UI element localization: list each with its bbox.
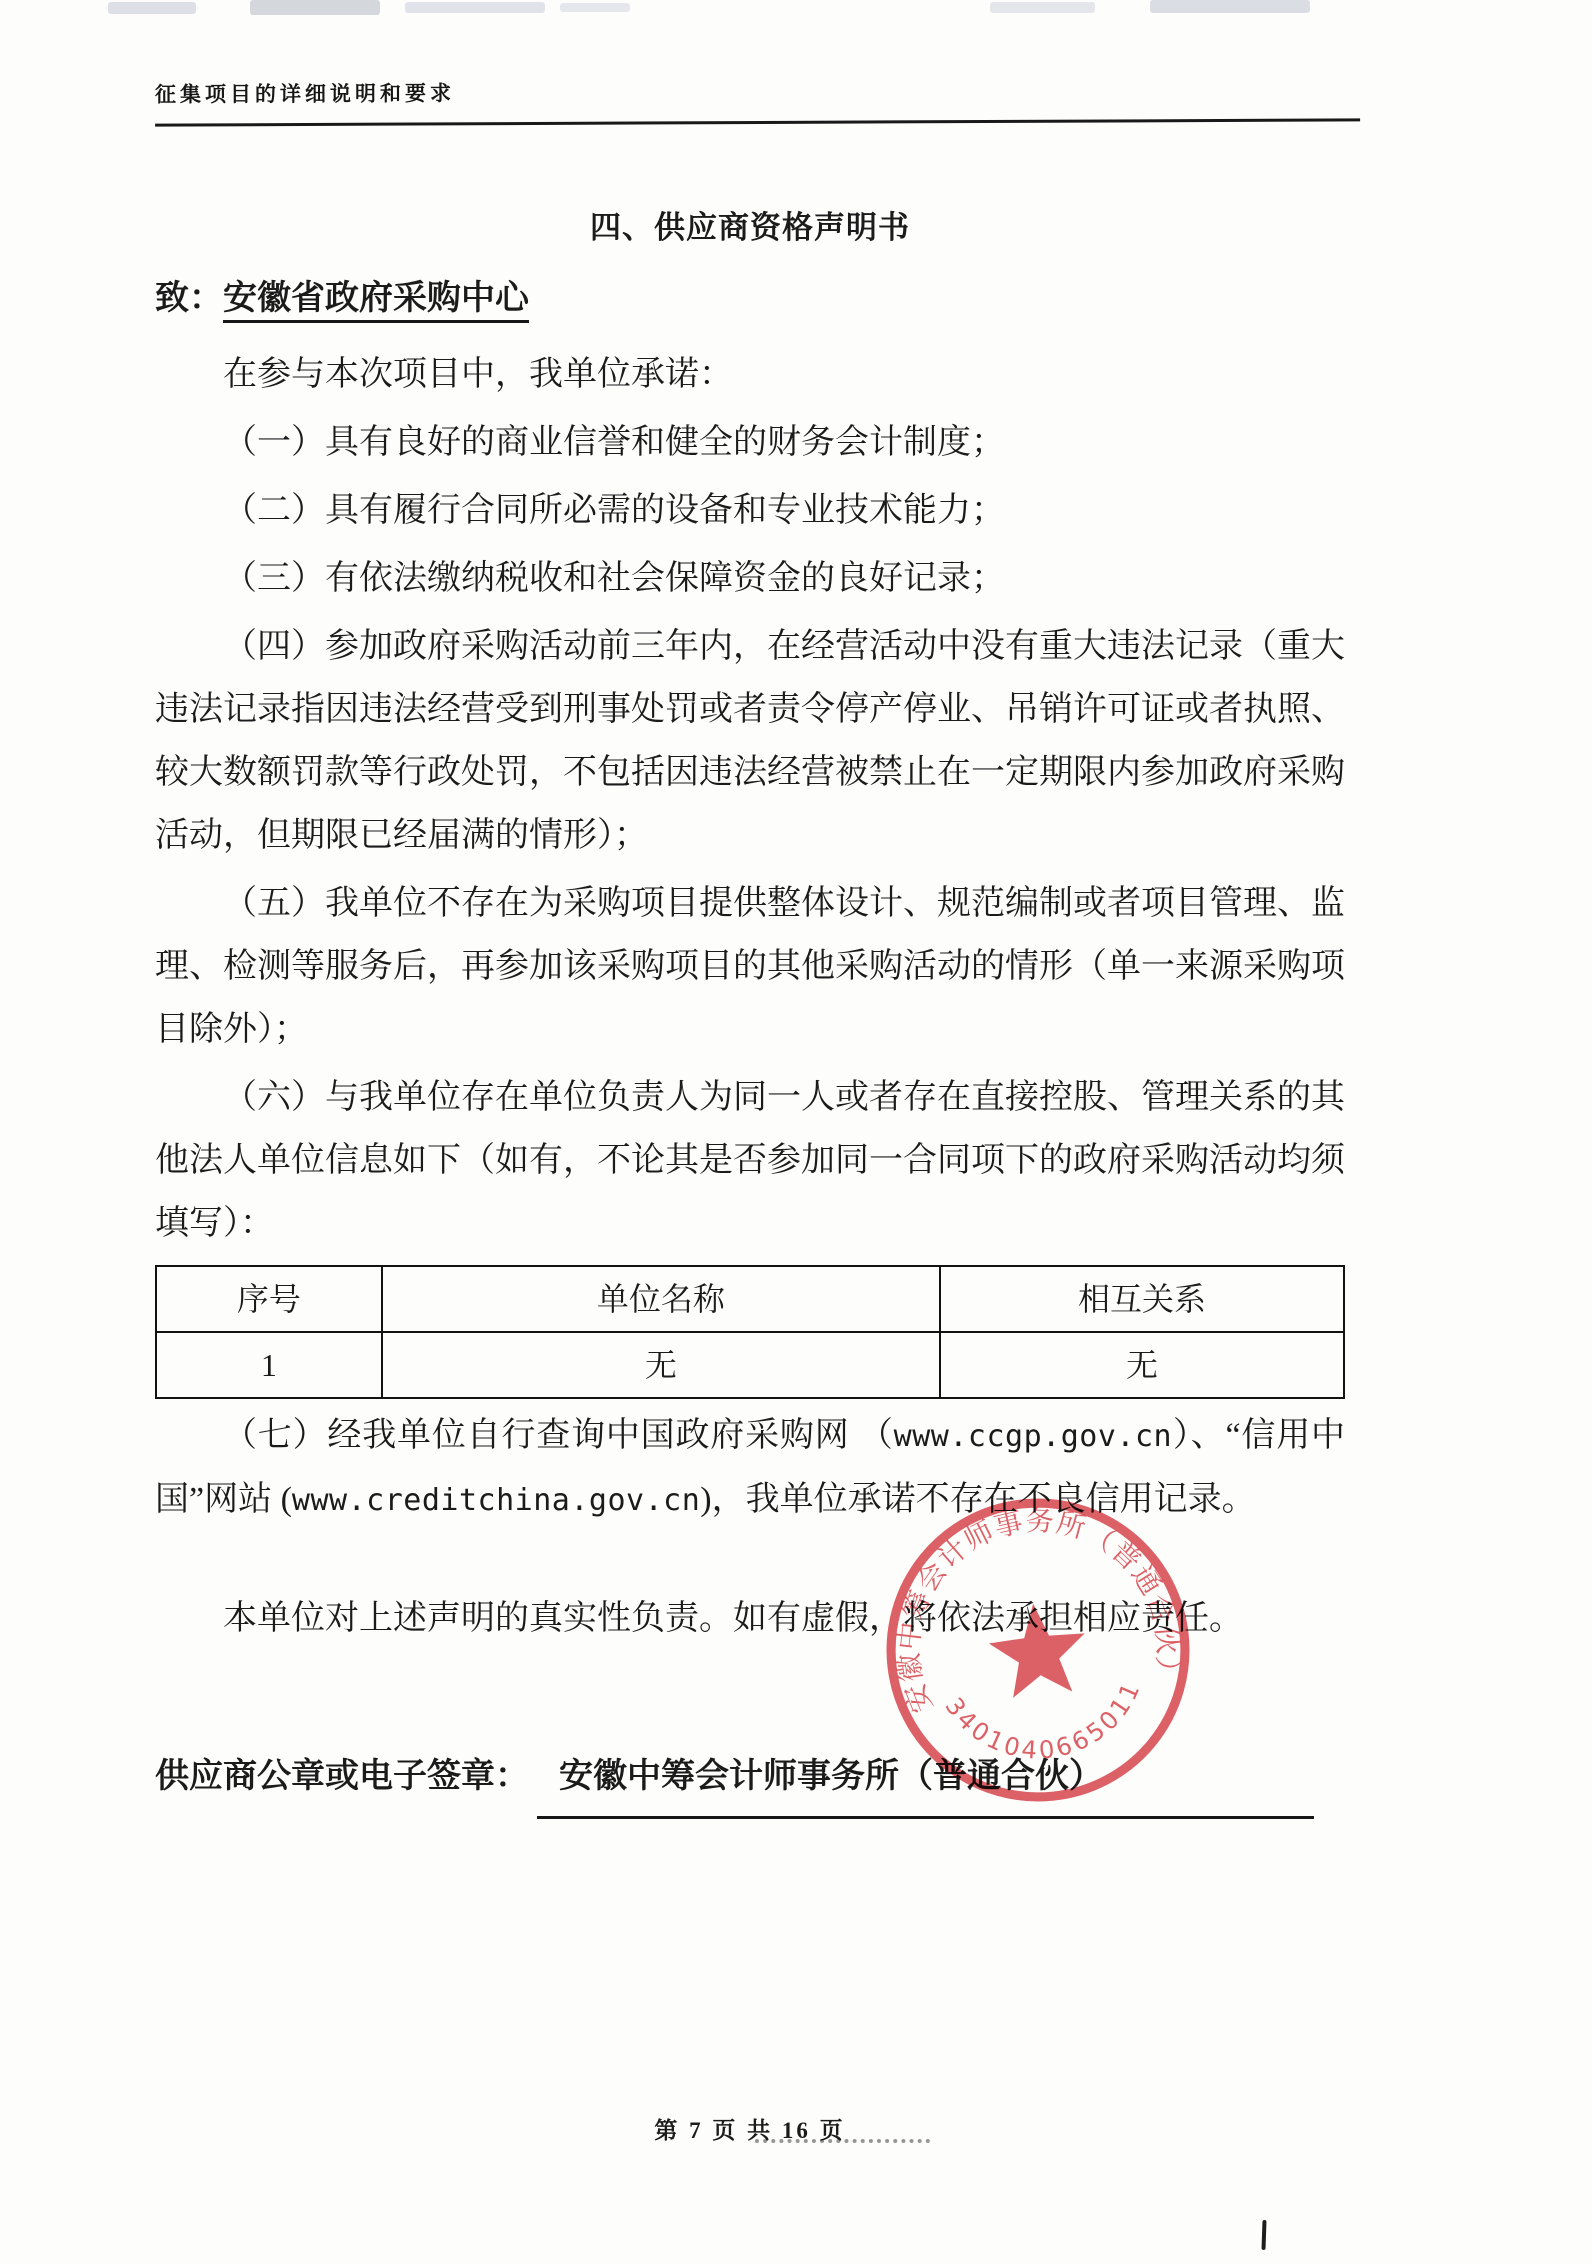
intro-paragraph: 在参与本次项目中，我单位承诺： — [155, 343, 1345, 406]
scan-smudge — [1150, 0, 1310, 13]
signature-line: 供应商公章或电子签章：安徽中筹会计师事务所（普通合伙） — [155, 1745, 1345, 1819]
scan-smudge — [990, 2, 1095, 13]
clause-6: （六）与我单位存在单位负责人为同一人或者存在直接控股、管理关系的其 他法人单位信… — [155, 1066, 1345, 1255]
clause-2: （二）具有履行合同所必需的设备和专业技术能力； — [155, 479, 1345, 542]
clause-7-text: （七）经我单位自行查询中国政府采购网 （ — [223, 1417, 894, 1454]
page-title: 四、供应商资格声明书 — [155, 205, 1345, 251]
page-number: 第 7 页 共 16 页 — [155, 2112, 1345, 2145]
table-cell-seq: 1 — [156, 1332, 382, 1398]
table-header-seq: 序号 — [156, 1266, 382, 1332]
salutation-line: 致：安徽省政府采购中心 — [155, 275, 1345, 323]
salutation-org: 安徽省政府采购中心 — [223, 280, 529, 323]
related-entities-table: 序号 单位名称 相互关系 1 无 无 — [155, 1265, 1345, 1399]
table-cell-relationship: 无 — [940, 1332, 1344, 1398]
document-page: 征集项目的详细说明和要求 四、供应商资格声明书 致：安徽省政府采购中心 在参与本… — [0, 0, 1592, 2264]
scan-artifact-tick — [1261, 2220, 1266, 2250]
creditchina-url: www.creditchina.gov.cn — [292, 1483, 700, 1518]
signature-company: 安徽中筹会计师事务所（普通合伙） — [537, 1745, 1314, 1819]
running-header-text: 征集项目的详细说明和要求 — [155, 81, 455, 106]
salutation-prefix: 致： — [155, 280, 223, 317]
table-cell-unit-name: 无 — [382, 1332, 940, 1398]
scan-smudge — [560, 3, 630, 12]
table-header-unit-name: 单位名称 — [382, 1266, 940, 1332]
scan-smudge — [108, 2, 196, 14]
table-header-row: 序号 单位名称 相互关系 — [156, 1266, 1344, 1332]
clause-5: （五）我单位不存在为采购项目提供整体设计、规范编制或者项目管理、监理、检测等服务… — [155, 872, 1345, 1061]
closing-statement: 本单位对上述声明的真实性负责。如有虚假，将依法承担相应责任。 — [155, 1587, 1345, 1650]
document-body: 四、供应商资格声明书 致：安徽省政府采购中心 在参与本次项目中，我单位承诺： （… — [155, 205, 1345, 1819]
clause-3: （三）有依法缴纳税收和社会保障资金的良好记录； — [155, 547, 1345, 610]
signature-label: 供应商公章或电子签章： — [155, 1758, 529, 1795]
ccgp-url: www.ccgp.gov.cn — [894, 1419, 1172, 1454]
scan-smudge — [405, 2, 545, 13]
clause-4: （四）参加政府采购活动前三年内，在经营活动中没有重大违法记录（重大违法记录指因违… — [155, 615, 1345, 867]
scan-smudge — [250, 0, 380, 15]
clause-1: （一）具有良好的商业信誉和健全的财务会计制度； — [155, 411, 1345, 474]
scan-artifact — [755, 2139, 930, 2143]
table-header-relationship: 相互关系 — [940, 1266, 1344, 1332]
clause-7-text: )，我单位承诺不存在不良信用记录。 — [700, 1481, 1255, 1518]
table-row: 1 无 无 — [156, 1332, 1344, 1398]
running-header: 征集项目的详细说明和要求 — [155, 73, 1360, 126]
clause-7: （七）经我单位自行查询中国政府采购网 （www.ccgp.gov.cn）、“信用… — [155, 1404, 1345, 1532]
